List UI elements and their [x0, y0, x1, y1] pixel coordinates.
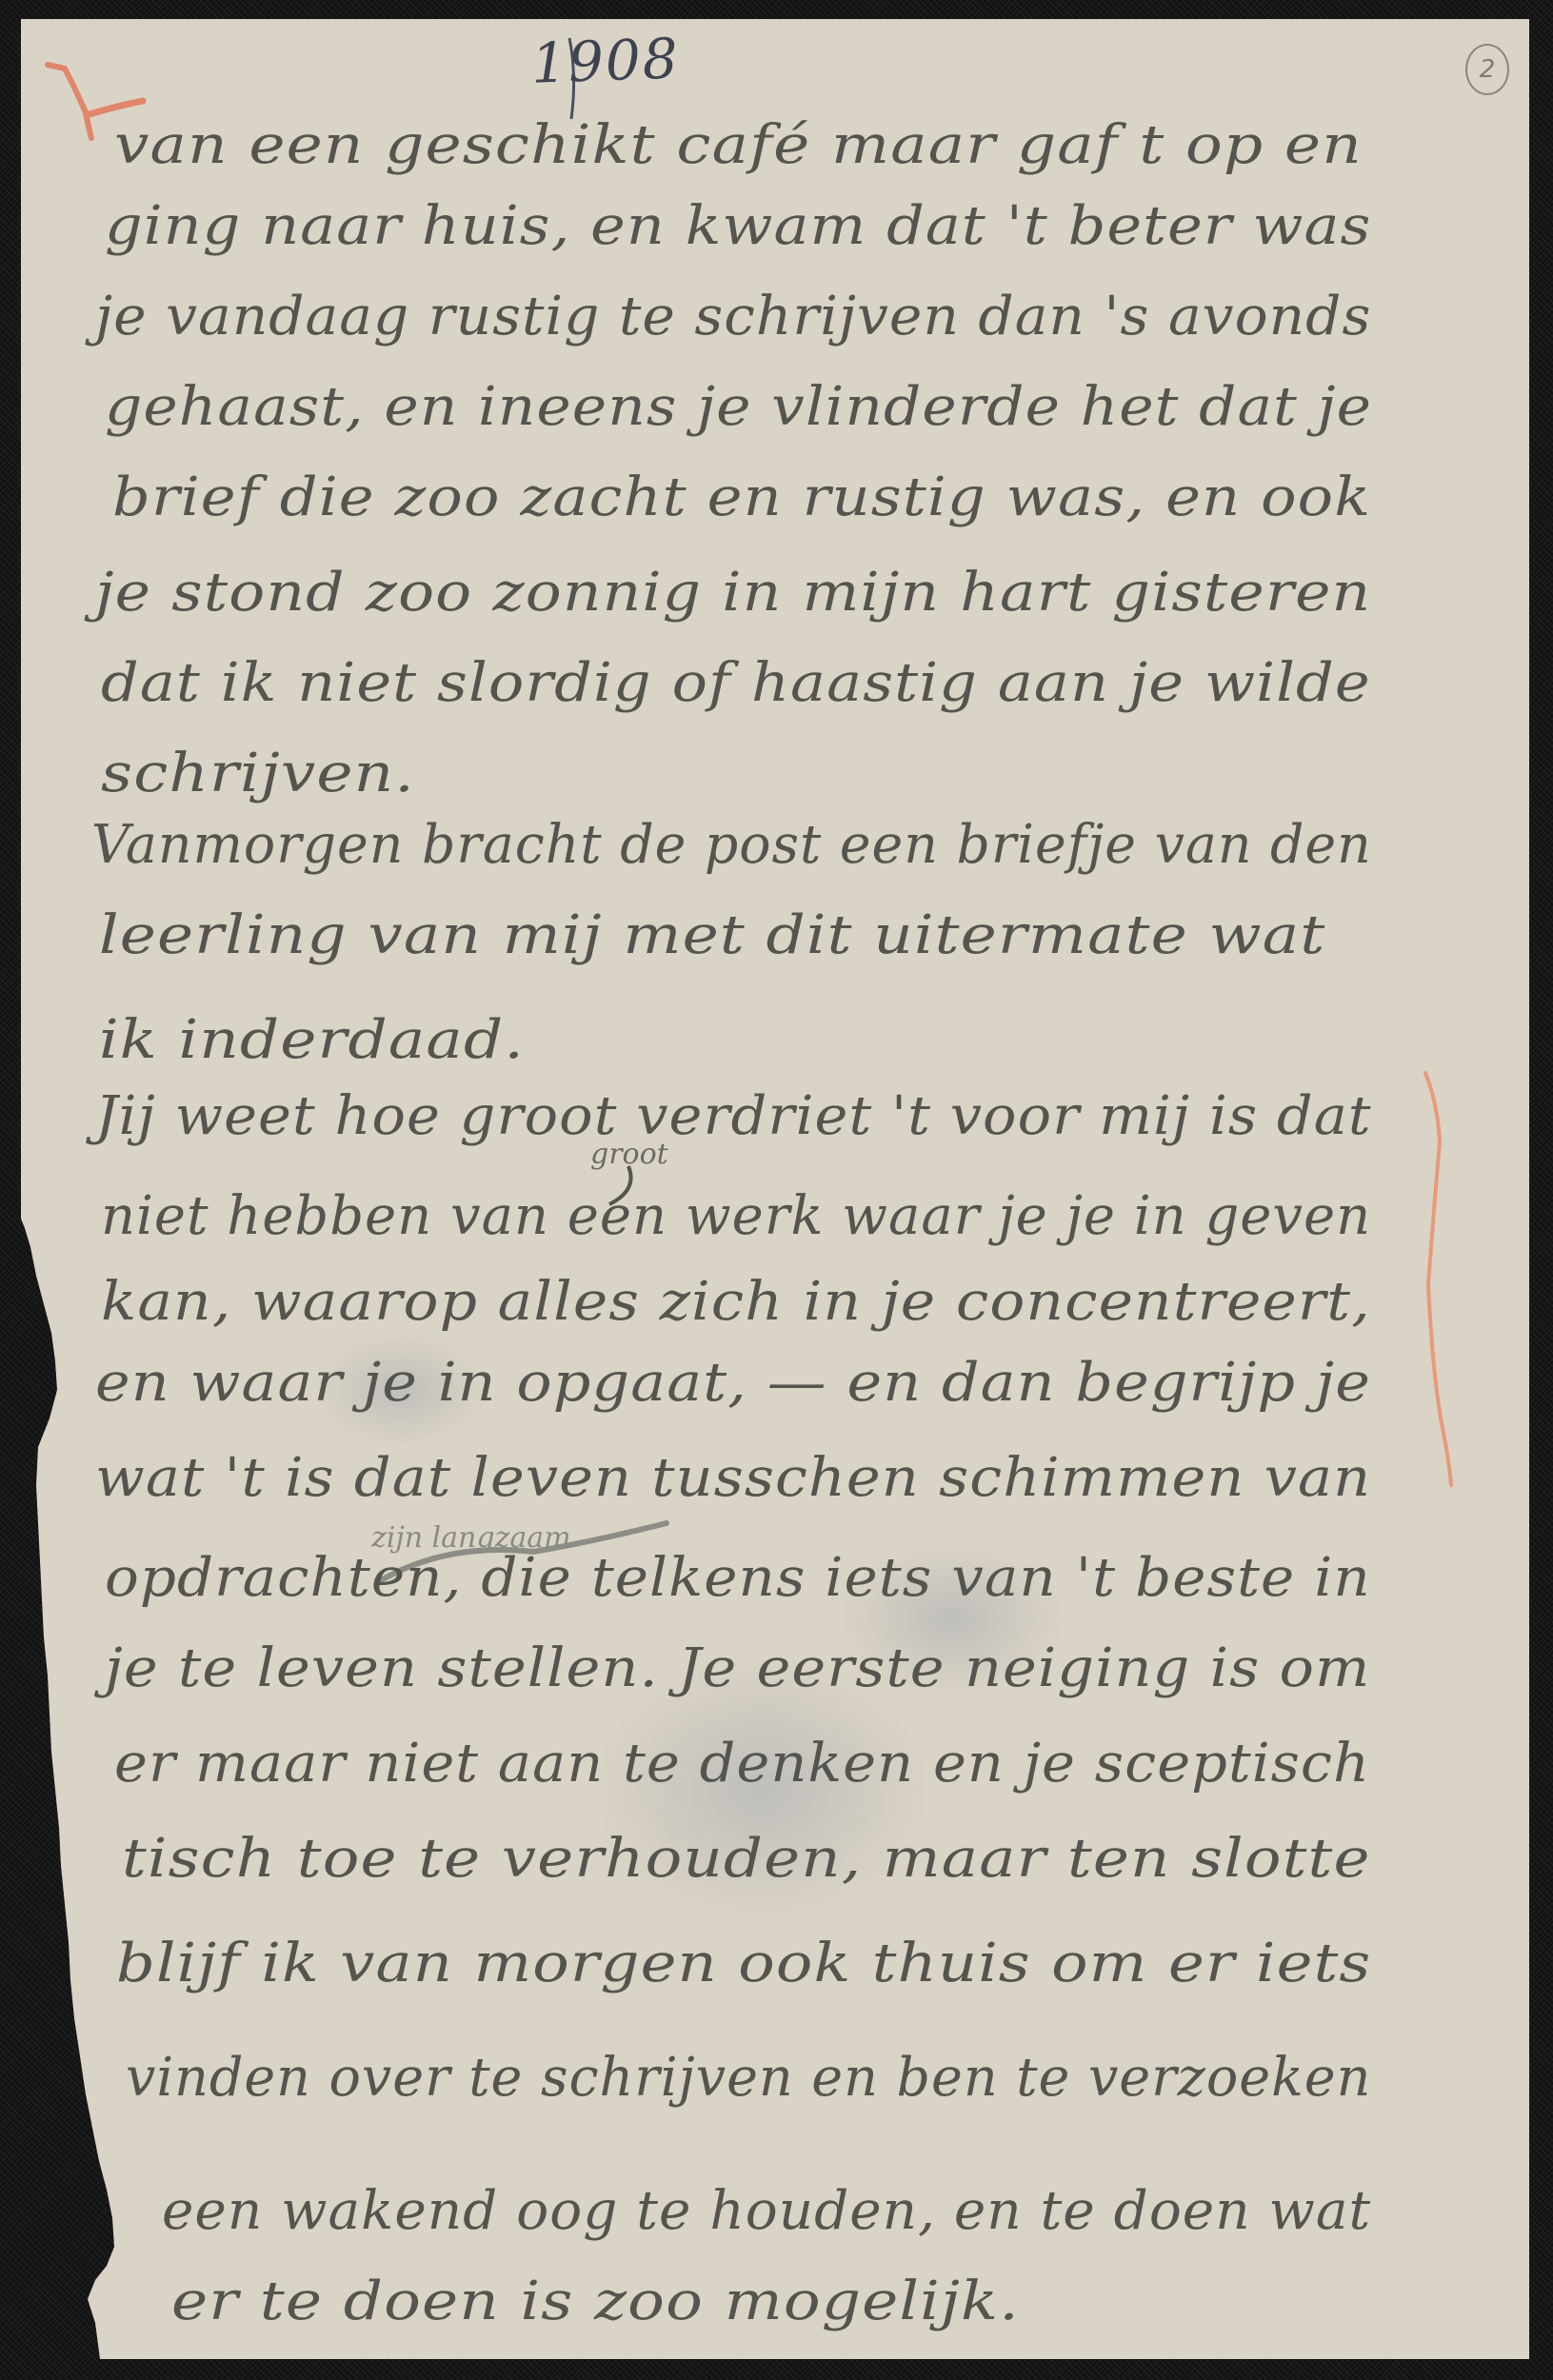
- text-line: blijf ik van morgen ook thuis om er iets: [116, 1933, 1371, 1994]
- text-line: kan, waarop alles zich in je concentreer…: [101, 1271, 1371, 1333]
- text-line: ging naar huis, en kwam dat 't beter was: [105, 195, 1371, 257]
- text-line: niet hebben van een werk waar je je in g…: [101, 1185, 1371, 1247]
- interlinear-insertion: groot: [590, 1138, 668, 1171]
- text-line: leerling van mij met dit uitermate wat: [99, 904, 1325, 966]
- text-line: en waar je in opgaat, — en dan begrijp j…: [95, 1352, 1371, 1414]
- letter-page: 1908 2 van een geschikt café maar gaf t …: [0, 0, 1553, 2380]
- text-line: wat 't is dat leven tusschen schimmen va…: [95, 1447, 1371, 1509]
- text-line: je vandaag rustig te schrijven dan 's av…: [95, 286, 1371, 347]
- text-line: dat ik niet slordig of haastig aan je wi…: [101, 652, 1371, 714]
- text-line: van een geschikt café maar gaf t op en: [114, 114, 1363, 176]
- text-line: gehaast, en ineens je vlinderde het dat …: [105, 376, 1372, 438]
- text-line: er te doen is zoo mogelijk.: [171, 2271, 1020, 2332]
- letter-body: van een geschikt café maar gaf t op en g…: [0, 0, 1553, 2380]
- text-line: je te leven stellen. Je eerste neiging i…: [105, 1637, 1370, 1699]
- text-line: schrijven.: [101, 743, 415, 804]
- text-line: opdrachten, die telkens iets van 't best…: [105, 1547, 1371, 1609]
- text-line: tisch toe te verhouden, maar ten slotte: [122, 1828, 1371, 1890]
- text-line: je stond zoo zonnig in mijn hart gistere…: [95, 562, 1371, 624]
- text-line: ik inderdaad.: [99, 1009, 525, 1071]
- text-line: er maar niet aan te denken en je sceptis…: [114, 1733, 1370, 1795]
- text-line: Vanmorgen bracht de post een briefje van…: [91, 814, 1372, 876]
- text-line: vinden over te schrijven en ben te verzo…: [126, 2047, 1371, 2109]
- text-line: Jij weet hoe groot verdriet 't voor mij …: [95, 1085, 1372, 1147]
- text-line: brief die zoo zacht en rustig was, en oo…: [112, 466, 1371, 528]
- text-line: een wakend oog te houden, en te doen wat: [162, 2180, 1371, 2242]
